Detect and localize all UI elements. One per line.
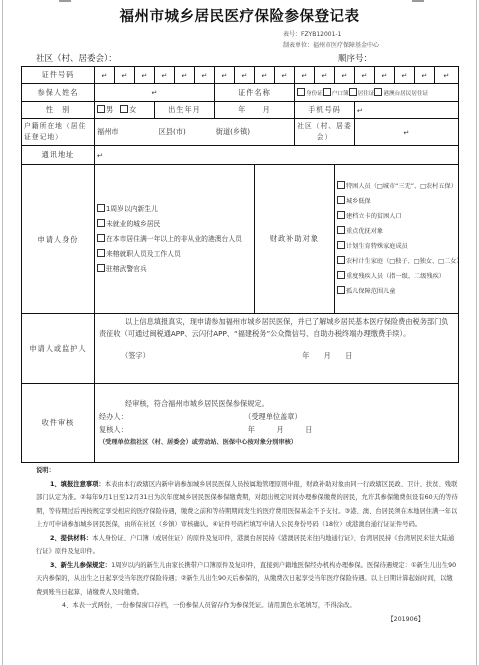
household-label: 户籍所在地（居住证登记地）: [22, 119, 95, 146]
form-number: 表号：FZYB12001-1: [283, 29, 341, 38]
notes-title: 说明：: [36, 464, 458, 478]
checkbox-household-register[interactable]: [323, 88, 331, 96]
id-digit-field[interactable]: ↵: [95, 67, 115, 84]
identity-option[interactable]: 未就业的城乡居民: [97, 217, 252, 232]
phone-field[interactable]: ↵: [355, 102, 459, 119]
identity-option[interactable]: 1周岁以内新生儿: [97, 202, 252, 217]
identity-option[interactable]: 来榕就职人员及工作人员: [97, 247, 252, 262]
checkbox-residence-permit[interactable]: [349, 88, 357, 96]
household-field[interactable]: 福州市区县(市)街道(乡镇): [95, 119, 295, 146]
address-row: 通讯地址 ↵: [22, 146, 459, 165]
checkbox-id-card[interactable]: [297, 88, 305, 96]
checkbox-icon: [97, 204, 105, 212]
id-digit-field[interactable]: ↵: [315, 67, 335, 84]
audit-cell: 经审核，符合福州市城乡居民医保参保规定。 经办人：（受理单位盖章） 复核人：年 …: [95, 384, 459, 463]
declaration-text: 以上信息填报真实，现申请参加福州市城乡居民医保，并已了解城乡居民基本医疗保险费由…: [99, 316, 454, 340]
checkbox-icon: [337, 256, 345, 264]
checkbox-icon: [97, 249, 105, 257]
audit-note: （受理单位指社区（村、居委会）或劳动站、医保中心按对象分别审核）: [99, 436, 454, 449]
id-digit-field[interactable]: ↵: [355, 67, 375, 84]
checkbox-male[interactable]: [97, 105, 105, 113]
declaration-label: 申请人或监护人: [22, 314, 95, 384]
phone-label: 手机号码: [295, 102, 355, 119]
birth-date-field[interactable]: 年 月: [215, 102, 295, 119]
sequence-label: 顺序号：: [338, 52, 372, 64]
id-digit-field[interactable]: ↵: [435, 67, 459, 84]
birth-date-label: 出生年月: [155, 102, 215, 119]
address-label: 通讯地址: [22, 146, 95, 165]
id-digit-field[interactable]: ↵: [135, 67, 155, 84]
name-field[interactable]: ↵: [95, 84, 215, 102]
signature-label: （签字）: [121, 351, 150, 360]
id-digit-field[interactable]: ↵: [235, 67, 255, 84]
form-title: 福州市城乡居民医疗保险参保登记表: [0, 5, 479, 26]
audit-label: 收件审核: [22, 384, 95, 463]
checkbox-icon: [337, 271, 345, 279]
identity-option[interactable]: 驻榕武警官兵: [97, 262, 252, 277]
checkbox-icon: [337, 241, 345, 249]
note-item-1: 1、填报注意事项：本表由本行政辖区内新申请参加城乡居民医保人员按属地管理原则申报…: [36, 478, 458, 532]
id-digit-field[interactable]: ↵: [275, 67, 295, 84]
checkbox-icon: [97, 234, 105, 242]
id-digit-field[interactable]: ↵: [215, 67, 235, 84]
checkbox-icon: [97, 219, 105, 227]
checkbox-icon: [337, 211, 345, 219]
id-digit-field[interactable]: ↵: [415, 67, 435, 84]
id-digit-field[interactable]: ↵: [335, 67, 355, 84]
gender-options: 男 女: [95, 102, 155, 119]
page-edge-left: [2, 0, 3, 665]
id-digit-field[interactable]: ↵: [155, 67, 175, 84]
subsidy-option[interactable]: 特困人员（□城市“三无”、□农村五保）: [337, 179, 456, 194]
cert-type-options: 身份证户口簿居住证港澳台居民居住证: [295, 84, 459, 102]
subsidy-options: 特困人员（□城市“三无”、□农村五保） 城乡低保 建档立卡的贫困人口 重点优抚对…: [335, 165, 459, 314]
reviewer-label: 复核人：: [99, 425, 128, 434]
note-item-3: 3、新生儿参保规定：1周岁以内的新生儿由家长携带户口簿原件及复印件，直接到户籍地…: [36, 559, 458, 600]
note-item-2: 2、提供材料：本人身份证、户口簿（或居住证）的原件及复印件，港澳台居民持《港澳居…: [36, 532, 458, 559]
notes-section: 说明： 1、填报注意事项：本表由本行政辖区内新申请参加城乡居民医保人员按属地管理…: [36, 464, 458, 626]
id-digit-field[interactable]: ↵: [375, 67, 395, 84]
identity-row: 申请人身份 1周岁以内新生儿 未就业的城乡居民 在本市居住满一年以上的非从业的港…: [22, 165, 459, 314]
checkbox-icon: [337, 196, 345, 204]
checkbox-icon: [337, 181, 345, 189]
audit-text: 经审核，符合福州市城乡居民医保参保规定。: [125, 397, 454, 410]
address-field[interactable]: ↵: [95, 146, 459, 165]
household-row: 户籍所在地（居住证登记地） 福州市区县(市)街道(乡镇) 社区（村、居委会） ↵: [22, 119, 459, 146]
checkbox-female[interactable]: [120, 105, 128, 113]
checkbox-icon: [337, 286, 345, 294]
subsidy-option[interactable]: 计划生育特殊家庭成员: [337, 239, 456, 254]
page-edge-right: [476, 0, 477, 665]
name-row: 参保人姓名 ↵ 证件名称 身份证户口簿居住证港澳台居民居住证: [22, 84, 459, 102]
note-item-4: 4、本表一式两份，一份参保窗口存档，一份参保人员留存作为参保凭证。请用黑色水笔填…: [36, 599, 458, 613]
id-digit-field[interactable]: ↵: [255, 67, 275, 84]
corner-mark-left: [59, 0, 71, 2]
form-issuer: 制表单位：福州市医疗保障基金中心: [283, 40, 379, 49]
cert-type-label: 证件名称: [215, 84, 295, 102]
checkbox-icon: [97, 264, 105, 272]
name-label: 参保人姓名: [22, 84, 95, 102]
subsidy-option[interactable]: 城乡低保: [337, 194, 456, 209]
audit-row: 收件审核 经审核，符合福州市城乡居民医保参保规定。 经办人：（受理单位盖章） 复…: [22, 384, 459, 463]
stamp-label: （受理单位盖章）: [248, 412, 302, 421]
subsidy-option[interactable]: 农村计生家庭（□独子、□独女、□二女）: [337, 254, 456, 269]
version-tag: 【201906】: [36, 613, 458, 627]
subsidy-label: 财政补助对象: [255, 165, 335, 314]
handler-label: 经办人：: [99, 412, 128, 421]
id-number-row: 证件号码 ↵ ↵ ↵ ↵ ↵ ↵ ↵ ↵ ↵ ↵ ↵ ↵ ↵ ↵ ↵ ↵ ↵ ↵: [22, 67, 459, 84]
subsidy-option[interactable]: 孤儿保障范围儿童: [337, 284, 456, 299]
audit-date: 年 月 日: [248, 425, 313, 434]
id-digit-field[interactable]: ↵: [395, 67, 415, 84]
corner-mark-right: [412, 0, 424, 2]
identity-label: 申请人身份: [22, 165, 95, 314]
id-number-label: 证件号码: [22, 67, 95, 84]
id-digit-field[interactable]: ↵: [295, 67, 315, 84]
gender-label: 性 别: [22, 102, 95, 119]
household-community-field[interactable]: ↵: [355, 119, 459, 146]
id-digit-field[interactable]: ↵: [115, 67, 135, 84]
declaration-date: 年 月 日: [302, 351, 352, 360]
checkbox-icon: [337, 226, 345, 234]
identity-options: 1周岁以内新生儿 未就业的城乡居民 在本市居住满一年以上的非从业的港澳台人员 来…: [95, 165, 255, 314]
community-label: 社区（村、居委会）：: [36, 52, 117, 64]
declaration-cell: 以上信息填报真实，现申请参加福州市城乡居民医保，并已了解城乡居民基本医疗保险费由…: [95, 314, 459, 384]
subsidy-option[interactable]: 建档立卡的贫困人口: [337, 209, 456, 224]
id-digit-field[interactable]: ↵: [175, 67, 195, 84]
subsidy-option[interactable]: 重点优抚对象: [337, 224, 456, 239]
id-digit-field[interactable]: ↵: [195, 67, 215, 84]
checkbox-hmt-residence-permit[interactable]: [374, 88, 382, 96]
declaration-row: 申请人或监护人 以上信息填报真实，现申请参加福州市城乡居民医保，并已了解城乡居民…: [22, 314, 459, 384]
gender-row: 性 别 男 女 出生年月 年 月 手机号码 ↵: [22, 102, 459, 119]
subsidy-option[interactable]: 重度残疾人员（指一级、二级残疾）: [337, 269, 456, 284]
household-community-label: 社区（村、居委会）: [295, 119, 355, 146]
registration-table: 证件号码 ↵ ↵ ↵ ↵ ↵ ↵ ↵ ↵ ↵ ↵ ↵ ↵ ↵ ↵ ↵ ↵ ↵ ↵…: [21, 66, 459, 463]
identity-option[interactable]: 在本市居住满一年以上的非从业的港澳台人员: [97, 232, 252, 247]
